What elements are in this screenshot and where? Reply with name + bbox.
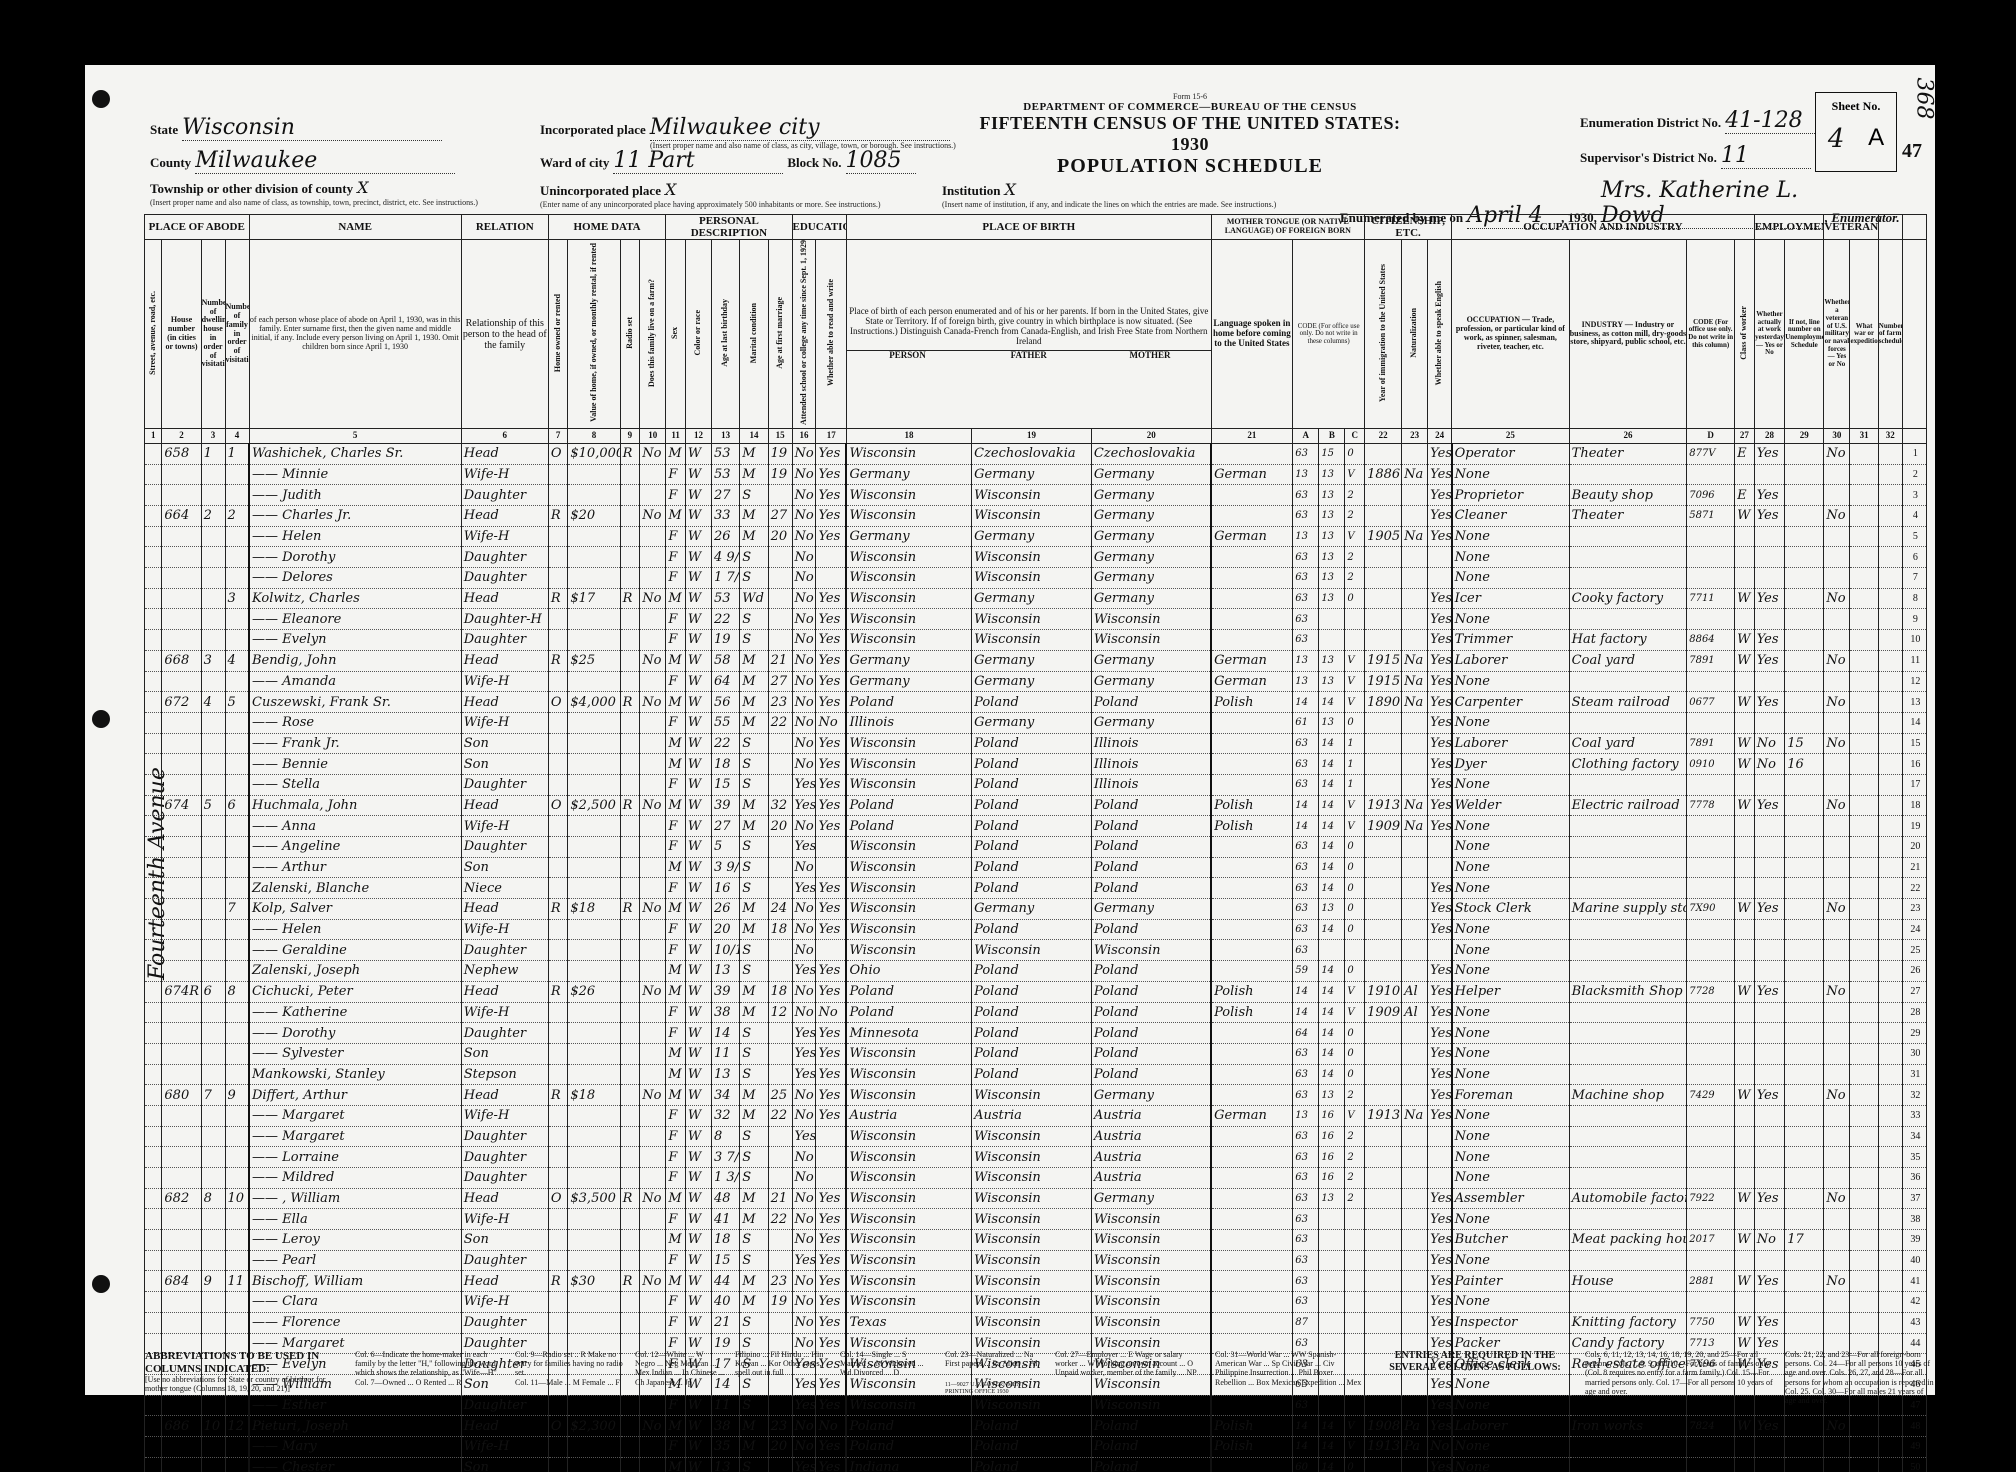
col-age: Age at last birthday: [712, 240, 740, 429]
street-cell: [145, 878, 162, 899]
table-row: —— AnnaWife-HFW27M20NoYesPolandPolandPol…: [145, 816, 1927, 837]
war-cell: [1850, 1064, 1878, 1085]
school-cell: No: [792, 1105, 816, 1126]
father-birthplace-cell: Poland: [972, 816, 1092, 837]
dwelling-cell: [201, 1292, 225, 1313]
supervisor-district-field: Supervisor's District No. 11: [1580, 143, 1811, 169]
occupation-cell: None: [1452, 1250, 1570, 1271]
col-school: Attended school or college any time sinc…: [792, 240, 816, 429]
street-cell: [145, 568, 162, 589]
house-number-cell: [162, 857, 201, 878]
relation-cell: Son: [461, 857, 548, 878]
farm-cell: [640, 857, 666, 878]
race-cell: W: [685, 692, 711, 713]
school-cell: No: [792, 1271, 816, 1292]
relation-cell: Head: [461, 692, 548, 713]
farm-schedule-cell: [1878, 857, 1902, 878]
code-b-cell: 14: [1319, 733, 1345, 754]
marital-cell: M: [740, 671, 768, 692]
col-family: Number of family in order of visitation: [225, 240, 249, 429]
age-cell: 39: [712, 795, 740, 816]
age-cell: 64: [712, 671, 740, 692]
language-cell: Polish: [1211, 816, 1293, 837]
school-cell: No: [792, 1209, 816, 1230]
street-cell: [145, 816, 162, 837]
street-cell: [145, 1209, 162, 1230]
naturalization-cell: [1402, 568, 1428, 589]
race-cell: W: [685, 1271, 711, 1292]
at-work-cell: Yes: [1754, 1271, 1784, 1292]
language-cell: [1211, 1064, 1293, 1085]
age-cell: 40: [712, 1292, 740, 1313]
unemployment-line-cell: [1785, 650, 1824, 671]
home-owned-cell: [548, 1292, 568, 1313]
farm-cell: [640, 1395, 666, 1416]
race-cell: W: [685, 1416, 711, 1437]
class-of-worker-cell: W: [1735, 1312, 1755, 1333]
code-b-cell: 14: [1319, 1416, 1345, 1437]
column-number: 22: [1365, 428, 1402, 443]
race-cell: W: [685, 940, 711, 961]
home-owned-cell: [548, 1023, 568, 1044]
speak-english-cell: [1428, 857, 1452, 878]
dwelling-cell: [201, 878, 225, 899]
farm-schedule-cell: [1878, 443, 1902, 464]
relation-cell: Wife-H: [461, 712, 548, 733]
name-cell: —— Geraldine: [249, 940, 461, 961]
street-cell: [145, 1023, 162, 1044]
family-cell: [225, 857, 249, 878]
age-first-marriage-cell: 25: [768, 1085, 792, 1106]
line-number: 29: [1902, 1023, 1926, 1044]
language-cell: German: [1211, 671, 1293, 692]
language-cell: [1211, 1250, 1293, 1271]
industry-cell: Theater: [1569, 443, 1687, 464]
dwelling-cell: [201, 919, 225, 940]
name-cell: —— Mary: [249, 1436, 461, 1457]
unemployment-line-cell: [1785, 981, 1824, 1002]
language-cell: Polish: [1211, 1416, 1293, 1437]
code-d-cell: 7429: [1687, 1085, 1735, 1106]
race-cell: W: [685, 547, 711, 568]
father-birthplace-cell: Wisconsin: [972, 1126, 1092, 1147]
line-number: 11: [1902, 650, 1926, 671]
farm-cell: [640, 1126, 666, 1147]
mother-birthplace-cell: Wisconsin: [1091, 1250, 1211, 1271]
naturalization-cell: [1402, 588, 1428, 609]
code-a-cell: 14: [1293, 1002, 1319, 1023]
relation-cell: Daughter: [461, 1395, 548, 1416]
farm-cell: [640, 547, 666, 568]
marital-cell: S: [740, 1457, 768, 1472]
farm-schedule-cell: [1878, 547, 1902, 568]
dwelling-cell: [201, 1064, 225, 1085]
war-cell: [1850, 795, 1878, 816]
read-write-cell: No: [816, 712, 846, 733]
column-number: 23: [1402, 428, 1428, 443]
dwelling-cell: [201, 1395, 225, 1416]
father-birthplace-cell: Wisconsin: [972, 1250, 1092, 1271]
radio-cell: [620, 961, 640, 982]
read-write-cell: Yes: [816, 485, 846, 506]
family-cell: [225, 961, 249, 982]
at-work-cell: [1754, 961, 1784, 982]
farm-schedule-cell: [1878, 568, 1902, 589]
column-number: 21: [1211, 428, 1293, 443]
dwelling-cell: [201, 568, 225, 589]
radio-cell: [620, 568, 640, 589]
school-cell: No: [792, 712, 816, 733]
father-birthplace-cell: Poland: [972, 1416, 1092, 1437]
home-owned-cell: [548, 1043, 568, 1064]
occupation-cell: None: [1452, 712, 1570, 733]
industry-cell: Electric railroad: [1569, 795, 1687, 816]
naturalization-cell: Pa: [1402, 1416, 1428, 1437]
code-a-cell: 14: [1293, 981, 1319, 1002]
race-cell: W: [685, 1250, 711, 1271]
father-birthplace-cell: Poland: [972, 692, 1092, 713]
dwelling-cell: [201, 712, 225, 733]
birthplace-cell: Wisconsin: [846, 1209, 971, 1230]
code-b-cell: 13: [1319, 506, 1345, 527]
radio-cell: [620, 1126, 640, 1147]
veteran-cell: No: [1824, 1271, 1850, 1292]
home-value-cell: [568, 1105, 620, 1126]
name-cell: —— Pearl: [249, 1250, 461, 1271]
home-value-cell: [568, 878, 620, 899]
code-c-cell: 0: [1345, 857, 1365, 878]
speak-english-cell: Yes: [1428, 1230, 1452, 1251]
relation-cell: Daughter: [461, 1312, 548, 1333]
sex-cell: F: [666, 1395, 686, 1416]
marital-cell: S: [740, 774, 768, 795]
code-d-cell: [1687, 919, 1735, 940]
table-row: —— JudithDaughterFW27SNoYesWisconsinWisc…: [145, 485, 1927, 506]
class-of-worker-cell: E: [1735, 443, 1755, 464]
birthplace-cell: Germany: [846, 464, 971, 485]
unemployment-line-cell: [1785, 506, 1824, 527]
code-b-cell: 13: [1319, 547, 1345, 568]
code-b-cell: 14: [1319, 774, 1345, 795]
name-cell: —— Judith: [249, 485, 461, 506]
farm-schedule-cell: [1878, 1436, 1902, 1457]
marital-cell: S: [740, 733, 768, 754]
language-cell: [1211, 961, 1293, 982]
home-value-cell: [568, 1002, 620, 1023]
dwelling-cell: [201, 940, 225, 961]
street-cell: [145, 588, 162, 609]
at-work-cell: [1754, 1436, 1784, 1457]
relation-cell: Daughter: [461, 940, 548, 961]
code-c-cell: V: [1345, 692, 1365, 713]
code-c-cell: 2: [1345, 1126, 1365, 1147]
age-cell: 58: [712, 650, 740, 671]
birthplace-cell: Wisconsin: [846, 1271, 971, 1292]
naturalization-cell: [1402, 485, 1428, 506]
family-cell: 4: [225, 650, 249, 671]
at-work-cell: Yes: [1754, 1085, 1784, 1106]
age-first-marriage-cell: [768, 1457, 792, 1472]
sex-cell: M: [666, 961, 686, 982]
home-value-cell: $20: [568, 506, 620, 527]
table-row: —— MargaretDaughterFW8SYesWisconsinWisco…: [145, 1126, 1927, 1147]
code-d-cell: [1687, 837, 1735, 858]
race-cell: W: [685, 981, 711, 1002]
immigration-year-cell: 1905: [1365, 526, 1402, 547]
farm-schedule-cell: [1878, 795, 1902, 816]
mother-birthplace-cell: Germany: [1091, 506, 1211, 527]
war-cell: [1850, 1271, 1878, 1292]
school-cell: No: [792, 506, 816, 527]
school-cell: No: [792, 568, 816, 589]
table-row: 682810—— , WilliamHeadO$3,500RNoMW48M21N…: [145, 1188, 1927, 1209]
marital-cell: S: [740, 630, 768, 651]
speak-english-cell: Yes: [1428, 650, 1452, 671]
line-number-header: [1902, 215, 1926, 240]
unincorporated-field: Unincorporated place X (Enter name of an…: [540, 180, 940, 209]
home-owned-cell: [548, 940, 568, 961]
house-number-cell: [162, 1209, 201, 1230]
table-row: —— AmandaWife-HFW64M27NoYesGermanyGerman…: [145, 671, 1927, 692]
col-farm: Does this family live on a farm?: [640, 240, 666, 429]
immigration-year-cell: [1365, 1085, 1402, 1106]
census-title: FIFTEENTH CENSUS OF THE UNITED STATES: 1…: [960, 113, 1420, 155]
sex-cell: F: [666, 1312, 686, 1333]
speak-english-cell: Yes: [1428, 1416, 1452, 1437]
dwelling-cell: [201, 837, 225, 858]
family-cell: [225, 1436, 249, 1457]
language-cell: German: [1211, 464, 1293, 485]
class-of-worker-cell: [1735, 1126, 1755, 1147]
family-cell: 8: [225, 981, 249, 1002]
street-cell: [145, 774, 162, 795]
occupation-cell: None: [1452, 464, 1570, 485]
war-cell: [1850, 1292, 1878, 1313]
speak-english-cell: Yes: [1428, 609, 1452, 630]
code-c-cell: V: [1345, 981, 1365, 1002]
age-first-marriage-cell: 19: [768, 464, 792, 485]
mother-birthplace-cell: Germany: [1091, 671, 1211, 692]
sex-cell: F: [666, 485, 686, 506]
age-cell: 21: [712, 1312, 740, 1333]
name-cell: —— Evelyn: [249, 630, 461, 651]
home-value-cell: $17: [568, 588, 620, 609]
code-a-cell: 63: [1293, 1395, 1319, 1416]
unemployment-line-cell: [1785, 1457, 1824, 1472]
abbrev-title: ABBREVIATIONS TO BE USED IN COLUMNS INDI…: [145, 1350, 345, 1375]
name-cell: —— Helen: [249, 526, 461, 547]
birthplace-cell: Wisconsin: [846, 919, 971, 940]
at-work-cell: [1754, 1147, 1784, 1168]
home-owned-cell: [548, 1147, 568, 1168]
age-cell: 34: [712, 1085, 740, 1106]
farm-cell: [640, 1292, 666, 1313]
naturalization-cell: [1402, 506, 1428, 527]
school-cell: No: [792, 692, 816, 713]
dwelling-cell: [201, 816, 225, 837]
race-cell: W: [685, 1457, 711, 1472]
class-of-worker-cell: [1735, 878, 1755, 899]
language-cell: [1211, 443, 1293, 464]
occupation-cell: Stock Clerk: [1452, 899, 1570, 920]
naturalization-cell: Pa: [1402, 1436, 1428, 1457]
school-cell: No: [792, 754, 816, 775]
race-cell: W: [685, 485, 711, 506]
code-b-cell: 14: [1319, 816, 1345, 837]
industry-cell: Steam railroad: [1569, 692, 1687, 713]
industry-cell: Machine shop: [1569, 1085, 1687, 1106]
sex-cell: M: [666, 506, 686, 527]
naturalization-cell: [1402, 1292, 1428, 1313]
birthplace-cell: Ohio: [846, 961, 971, 982]
speak-english-cell: Yes: [1428, 774, 1452, 795]
marital-cell: S: [740, 1023, 768, 1044]
radio-cell: [620, 1436, 640, 1457]
mother-birthplace-cell: Wisconsin: [1091, 630, 1211, 651]
at-work-cell: [1754, 919, 1784, 940]
line-number: 26: [1902, 961, 1926, 982]
sex-cell: F: [666, 1147, 686, 1168]
code-b-cell: 13: [1319, 712, 1345, 733]
father-birthplace-cell: Wisconsin: [972, 1209, 1092, 1230]
read-write-cell: Yes: [816, 1457, 846, 1472]
mother-birthplace-cell: Poland: [1091, 981, 1211, 1002]
family-cell: [225, 485, 249, 506]
relation-cell: Daughter: [461, 547, 548, 568]
code-c-cell: V: [1345, 671, 1365, 692]
code-b-cell: [1319, 1250, 1345, 1271]
race-cell: W: [685, 816, 711, 837]
code-b-cell: 14: [1319, 692, 1345, 713]
naturalization-cell: [1402, 754, 1428, 775]
code-d-cell: 7891: [1687, 650, 1735, 671]
class-of-worker-cell: [1735, 919, 1755, 940]
ward-field: Ward of city 11 Part Block No. 1085: [540, 148, 916, 174]
farm-schedule-cell: [1878, 588, 1902, 609]
speak-english-cell: Yes: [1428, 961, 1452, 982]
name-cell: —— Dorothy: [249, 547, 461, 568]
industry-cell: [1569, 547, 1687, 568]
occupation-cell: Icer: [1452, 588, 1570, 609]
code-a-cell: 87: [1293, 1312, 1319, 1333]
industry-cell: Automobile factory: [1569, 1188, 1687, 1209]
home-owned-cell: R: [548, 1271, 568, 1292]
veteran-cell: [1824, 1457, 1850, 1472]
naturalization-cell: [1402, 857, 1428, 878]
class-of-worker-cell: [1735, 712, 1755, 733]
unemployment-line-cell: [1785, 712, 1824, 733]
name-cell: —— Stella: [249, 774, 461, 795]
war-cell: [1850, 899, 1878, 920]
code-a-cell: 61: [1293, 712, 1319, 733]
birthplace-cell: Minnesota: [846, 1023, 971, 1044]
school-cell: No: [792, 981, 816, 1002]
family-cell: 12: [225, 1416, 249, 1437]
code-d-cell: 2017: [1687, 1230, 1735, 1251]
birthplace-cell: Austria: [846, 1105, 971, 1126]
read-write-cell: No: [816, 1416, 846, 1437]
veteran-cell: No: [1824, 733, 1850, 754]
code-c-cell: [1345, 1395, 1365, 1416]
farm-cell: [640, 464, 666, 485]
war-cell: [1850, 464, 1878, 485]
column-number: 13: [712, 428, 740, 443]
code-a-cell: 63: [1293, 919, 1319, 940]
unemployment-line-cell: 15: [1785, 733, 1824, 754]
age-cell: 4 9/12: [712, 547, 740, 568]
col-war: What war or expedition?: [1850, 240, 1878, 429]
dwelling-cell: [201, 1126, 225, 1147]
code-d-cell: [1687, 878, 1735, 899]
naturalization-cell: [1402, 1188, 1428, 1209]
home-value-cell: [568, 1292, 620, 1313]
school-cell: No: [792, 1147, 816, 1168]
radio-cell: [620, 1147, 640, 1168]
farm-schedule-cell: [1878, 1168, 1902, 1189]
class-of-worker-cell: W: [1735, 650, 1755, 671]
age-cell: 22: [712, 733, 740, 754]
farm-cell: No: [640, 506, 666, 527]
code-c-cell: 0: [1345, 1457, 1365, 1472]
marital-cell: M: [740, 1188, 768, 1209]
at-work-cell: [1754, 609, 1784, 630]
farm-cell: [640, 1250, 666, 1271]
name-cell: —— Florence: [249, 1312, 461, 1333]
home-value-cell: $4,000: [568, 692, 620, 713]
relation-cell: Wife-H: [461, 1292, 548, 1313]
family-cell: [225, 671, 249, 692]
house-number-cell: [162, 1064, 201, 1085]
table-row: —— FlorenceDaughterFW21SNoYesTexasWiscon…: [145, 1312, 1927, 1333]
speak-english-cell: Yes: [1428, 981, 1452, 1002]
farm-cell: [640, 816, 666, 837]
speak-english-cell: Yes: [1428, 1064, 1452, 1085]
code-b-cell: 14: [1319, 961, 1345, 982]
group-place-of-birth: PLACE OF BIRTH: [846, 215, 1211, 240]
code-c-cell: 2: [1345, 485, 1365, 506]
occupation-cell: Trimmer: [1452, 630, 1570, 651]
township-value: X: [357, 178, 368, 197]
farm-cell: No: [640, 1188, 666, 1209]
code-a-cell: 63: [1293, 1168, 1319, 1189]
marital-cell: M: [740, 981, 768, 1002]
house-number-cell: [162, 754, 201, 775]
veteran-cell: No: [1824, 588, 1850, 609]
home-value-cell: $10,000: [568, 443, 620, 464]
age-first-marriage-cell: [768, 1168, 792, 1189]
class-of-worker-cell: [1735, 1436, 1755, 1457]
dwelling-cell: 5: [201, 795, 225, 816]
table-row: —— AngelineDaughterFW5SYesWisconsinPolan…: [145, 837, 1927, 858]
code-d-cell: [1687, 1436, 1735, 1457]
home-owned-cell: [548, 464, 568, 485]
unemployment-line-cell: [1785, 1312, 1824, 1333]
house-number-cell: [162, 630, 201, 651]
at-work-cell: [1754, 1457, 1784, 1472]
table-row: —— Frank Jr.SonMW22SNoYesWisconsinPoland…: [145, 733, 1927, 754]
sex-cell: M: [666, 754, 686, 775]
radio-cell: [620, 1250, 640, 1271]
race-cell: W: [685, 837, 711, 858]
table-row: Mankowski, StanleyStepsonMW13SYesYesWisc…: [145, 1064, 1927, 1085]
family-cell: 3: [225, 588, 249, 609]
relation-cell: Son: [461, 1043, 548, 1064]
race-cell: W: [685, 1168, 711, 1189]
name-cell: —— Charles Jr.: [249, 506, 461, 527]
language-cell: Polish: [1211, 981, 1293, 1002]
farm-cell: No: [640, 692, 666, 713]
table-row: 67245Cuszewski, Frank Sr.HeadO$4,000RNoM…: [145, 692, 1927, 713]
